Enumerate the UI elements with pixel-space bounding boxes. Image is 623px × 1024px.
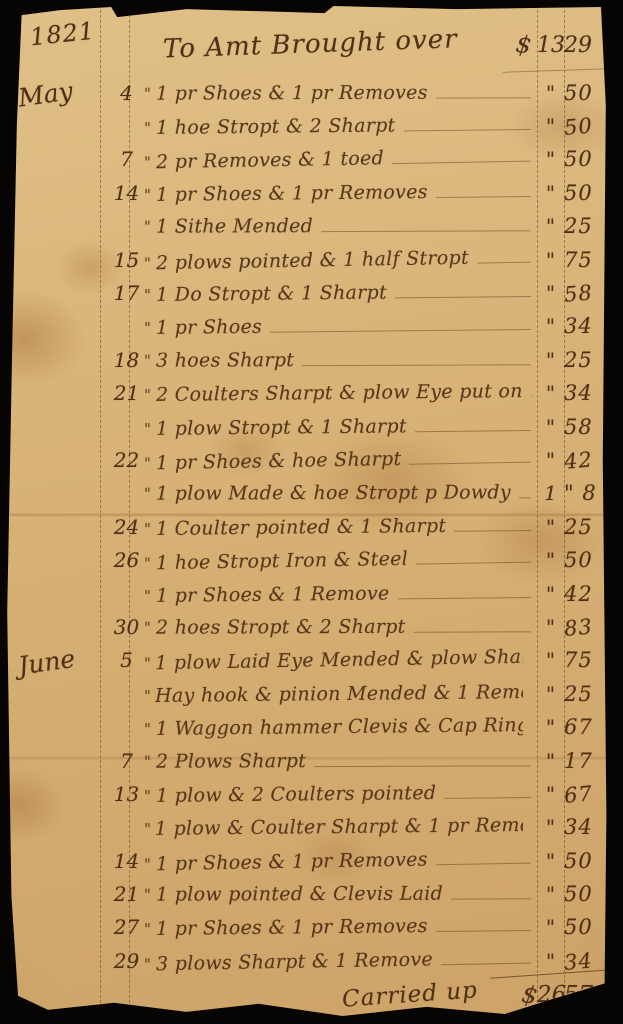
month-label (7, 419, 112, 434)
amount-dollars: " (537, 715, 564, 739)
brought-over-row: To Amt Brought over $ 13 29 (6, 18, 607, 72)
amount-dollars: " (537, 882, 564, 906)
amount-dollars: " (537, 682, 564, 706)
ledger-entry-row: " Hay hook & pinion Mended & 1 Remove " … (6, 677, 607, 710)
brought-over-cents: 29 (564, 33, 607, 58)
amount-dollars: " (537, 448, 564, 472)
ditto-mark: " (141, 254, 156, 272)
amount-dollars: " (537, 147, 564, 171)
fill-dash (441, 961, 531, 965)
entry-description: 3 hoes Sharpt (156, 349, 294, 371)
ledger-entry-row: June 5 " 1 plow Laid Eye Mended & plow S… (6, 644, 607, 677)
entry-description: 3 plows Sharpt & 1 Remove (156, 948, 433, 975)
amount-cents: 34 (564, 381, 607, 405)
day-number: 7 (112, 147, 141, 171)
day-number: 17 (112, 281, 141, 305)
fill-dash (314, 764, 531, 767)
amount-cents: 58 (564, 415, 607, 439)
entry-description: 1 pr Shoes (156, 316, 262, 339)
fill-dash (416, 561, 531, 565)
amount-dollars: " (537, 114, 564, 138)
ledger-entry-row: " 1 plow Stropt & 1 Sharpt " 58 (6, 410, 607, 443)
ledger-entry-row: " 1 Waggon hammer Clevis & Cap Ring " 67 (6, 710, 607, 743)
ledger-entry-row: 17 " 1 Do Stropt & 1 Sharpt " 58 (6, 276, 607, 309)
carried-up-dollars: 26 (537, 982, 564, 1008)
entry-description: 1 hoe Stropt Iron & Steel (156, 548, 408, 574)
ditto-mark: " (141, 787, 156, 805)
ledger-entry-row: 13 " 1 plow & 2 Coulters pointed " 67 (6, 777, 607, 810)
entry-description: 1 plow Laid Eye Mended & plow Sharpt (155, 646, 523, 674)
entry-description: 1 plow Made & hoe Stropt p Dowdy (156, 482, 511, 505)
ditto-mark: " (141, 84, 156, 102)
amount-cents: 50 (564, 81, 607, 105)
amount-cents: 42 (564, 582, 607, 606)
amount-dollars: " (537, 381, 564, 405)
month-label (7, 920, 112, 935)
ledger-page: 1821 To Amt Brought over $ 13 29 May 4 "… (6, 4, 607, 1018)
fill-dash (436, 96, 531, 98)
month-label (7, 119, 112, 134)
ditto-mark: " (141, 720, 156, 738)
month-label (7, 720, 112, 735)
amount-cents: 50 (564, 181, 607, 205)
ditto-mark: " (141, 920, 156, 938)
ditto-mark: " (141, 218, 156, 236)
fill-dash (395, 295, 531, 298)
ledger-photo: 1821 To Amt Brought over $ 13 29 May 4 "… (0, 0, 623, 1024)
month-label: May (4, 71, 113, 114)
amount-cents: 75 (564, 248, 607, 272)
dollar-sign: $ (514, 30, 539, 61)
entry-description: 2 plows pointed & 1 half Stropt (156, 246, 469, 273)
entry-description: 1 pr Shoes & 1 pr Removes (156, 181, 428, 206)
ledger-entry-row: 27 " 1 pr Shoes & 1 pr Removes " 50 (6, 911, 607, 944)
amount-dollars: " (537, 81, 564, 105)
fill-dash (477, 260, 531, 263)
amount-dollars: " (537, 949, 564, 973)
ditto-mark: " (141, 752, 156, 770)
amount-dollars: " (537, 214, 564, 238)
month-label (7, 787, 112, 802)
month-label (7, 219, 112, 234)
entry-description: 2 pr Removes & 1 toed (156, 148, 384, 174)
day-number: 4 (112, 81, 141, 105)
ledger-entry-row: 14 " 1 pr Shoes & 1 pr Removes " 50 (6, 176, 607, 209)
month-label (7, 352, 112, 367)
month-label (7, 386, 112, 401)
day-number: 30 (112, 615, 141, 639)
amount-cents: 25 (564, 682, 607, 706)
ledger-entry-row: " 1 plow & Coulter Sharpt & 1 pr Removes… (6, 811, 607, 844)
month-label (7, 553, 112, 568)
amount-dollars: " (537, 782, 564, 806)
fill-dash (270, 328, 531, 333)
ledger-entry-row: 22 " 1 pr Shoes & hoe Sharpt " 42 (6, 443, 607, 476)
amount-dollars: " (537, 415, 564, 439)
amount-cents: 34 (564, 815, 607, 839)
amount-cents: 50 (563, 112, 608, 140)
fill-dash (302, 363, 531, 366)
amount-dollars: 1 (537, 481, 564, 505)
entry-description: 1 plow & Coulter Sharpt & 1 pr Removes (155, 814, 523, 840)
fill-dash (415, 429, 531, 432)
day-number: 29 (112, 949, 141, 973)
amount-dollars: " (537, 248, 564, 272)
dollar-sign: $ (519, 980, 539, 1010)
ledger-entry-row: 7 " 2 pr Removes & 1 toed " 50 (6, 143, 607, 176)
fill-dash (436, 861, 531, 865)
month-label (7, 686, 112, 701)
entry-description: 2 Coulters Sharpt & plow Eye put on (156, 380, 523, 406)
ditto-mark: " (141, 351, 156, 369)
ditto-mark: " (141, 655, 155, 673)
amount-dollars: " (537, 281, 564, 305)
day-number: 21 (112, 882, 141, 906)
day-number: 27 (112, 915, 141, 939)
month-label (7, 820, 112, 835)
month-label (7, 453, 112, 468)
ledger-entry-row: " 1 pr Shoes " 34 (6, 310, 607, 343)
amount-dollars: " (537, 849, 564, 873)
entry-description: 1 pr Shoes & 1 pr Removes (156, 81, 428, 104)
ledger-rows: May 4 " 1 pr Shoes & 1 pr Removes " 50 "… (6, 76, 607, 978)
ditto-mark: " (141, 820, 155, 838)
ledger-entry-row: 14 " 1 pr Shoes & 1 pr Removes " 50 (6, 844, 607, 877)
day-number: 13 (112, 782, 141, 806)
month-label (7, 319, 112, 334)
brought-over-dollars: 13 (537, 33, 564, 58)
day-number: 18 (112, 348, 141, 372)
ledger-entry-row: 15 " 2 plows pointed & 1 half Stropt " 7… (6, 243, 607, 276)
amount-cents: 50 (564, 849, 607, 873)
amount-cents: 34 (564, 314, 607, 338)
entry-description: 2 Plows Sharpt (156, 750, 306, 773)
ditto-mark: " (141, 154, 156, 172)
fill-dash (444, 796, 531, 799)
day-number: 26 (112, 548, 141, 572)
entry-description: 1 Coulter pointed & 1 Sharpt (156, 515, 447, 540)
entry-description: 1 plow Stropt & 1 Sharpt (156, 415, 407, 440)
ditto-mark: " (141, 319, 156, 337)
amount-dollars: " (537, 582, 564, 606)
entry-description: 1 pr Shoes & hoe Sharpt (156, 448, 402, 474)
month-label (7, 620, 112, 635)
carried-up-label: Carried up (341, 977, 478, 1012)
day-number: 14 (112, 181, 141, 205)
ditto-mark: " (141, 955, 156, 973)
fill-dash (451, 897, 531, 899)
ledger-entry-row: 30 " 2 hoes Stropt & 2 Sharpt " 83 (6, 610, 607, 643)
amount-dollars: " (537, 749, 564, 773)
entry-description: 1 hoe Stropt & 2 Sharpt (156, 114, 396, 139)
month-label (7, 953, 112, 968)
month-label (7, 853, 112, 868)
entry-description: 2 hoes Stropt & 2 Sharpt (156, 616, 406, 639)
entry-description: 1 pr Shoes & 1 pr Removes (156, 848, 428, 875)
ledger-entry-row: " 1 pr Shoes & 1 Remove " 42 (6, 577, 607, 610)
amount-cents: 17 (564, 749, 607, 773)
month-label (7, 519, 112, 534)
amount-dollars: " (537, 615, 564, 639)
day-number: 15 (112, 248, 141, 272)
ditto-mark: " (141, 454, 156, 472)
amount-dollars: " (537, 648, 564, 672)
fill-dash (519, 497, 531, 499)
entry-description: 1 Do Stropt & 1 Sharpt (156, 282, 387, 306)
ledger-entry-row: 24 " 1 Coulter pointed & 1 Sharpt " 25 (6, 510, 607, 543)
day-number: 5 (112, 648, 141, 672)
entry-description: 1 plow & 2 Coulters pointed (156, 782, 437, 807)
ditto-mark: " (141, 520, 156, 538)
month-label (7, 286, 112, 301)
fill-dash (414, 630, 531, 632)
brought-over-title: To Amt Brought over (129, 24, 458, 65)
ledger-entry-row: 21 " 2 Coulters Sharpt & plow Eye put on… (6, 377, 607, 410)
amount-cents: 58 (563, 279, 608, 307)
fill-dash (409, 461, 531, 465)
fill-dash (436, 195, 531, 198)
ledger-entry-row: May 4 " 1 pr Shoes & 1 pr Removes " 50 (6, 76, 607, 109)
ledger-entry-row: 18 " 3 hoes Sharpt " 25 (6, 343, 607, 376)
ditto-mark: " (141, 186, 156, 204)
amount-cents: 83 (563, 613, 608, 641)
entry-description: 1 pr Shoes & 1 Remove (156, 582, 390, 606)
fill-dash (392, 160, 531, 164)
day-number: 7 (112, 749, 141, 773)
ledger-entry-row: 7 " 2 Plows Sharpt " 17 (6, 744, 607, 777)
amount-cents: 50 (564, 915, 607, 939)
month-label (7, 152, 112, 167)
ditto-mark: " (141, 855, 156, 873)
month-label (7, 486, 112, 501)
day-number: 22 (112, 448, 141, 472)
month-label (7, 185, 112, 200)
amount-cents: 50 (564, 147, 607, 171)
amount-dollars: " (537, 314, 564, 338)
month-label (7, 753, 112, 768)
ledger-entry-row: 29 " 3 plows Sharpt & 1 Remove " 34 (6, 944, 607, 977)
ditto-mark: " (141, 420, 156, 438)
ditto-mark: " (141, 687, 155, 705)
amount-cents: 42 (563, 446, 608, 474)
month-label (7, 252, 112, 267)
month-label (7, 586, 112, 601)
amount-dollars: " (537, 515, 564, 539)
amount-cents: 25 (564, 214, 607, 238)
amount-cents: 50 (564, 548, 607, 572)
ditto-mark: " (141, 619, 156, 637)
amount-cents: 67 (563, 780, 608, 808)
amount-dollars: " (537, 915, 564, 939)
carried-up-row: Carried up $ 26 57 (6, 975, 607, 1015)
fill-dash (398, 596, 531, 599)
entry-description: 1 pr Shoes & 1 pr Removes (156, 916, 428, 941)
ditto-mark: " (141, 554, 156, 572)
ledger-entry-row: 26 " 1 hoe Stropt Iron & Steel " 50 (6, 543, 607, 576)
amount-cents: 50 (564, 882, 607, 906)
ditto-mark: " (141, 485, 156, 503)
amount-dollars: " (537, 548, 564, 572)
entry-description: Hay hook & pinion Mended & 1 Remove (155, 681, 523, 707)
fill-dash (321, 230, 531, 233)
month-label: June (4, 639, 113, 682)
ditto-mark: " (141, 286, 156, 304)
amount-dollars: " (537, 815, 564, 839)
ledger-entry-row: 21 " 1 plow pointed & Clevis Laid " 50 (6, 877, 607, 910)
amount-cents: 25 (564, 348, 607, 372)
entry-description: 1 Sithe Mended (156, 215, 313, 238)
ditto-mark: " (141, 586, 156, 604)
ditto-mark: " (141, 886, 156, 904)
amount-cents: 67 (564, 715, 607, 739)
day-number: 14 (112, 849, 141, 873)
ledger-entry-row: " 1 plow Made & hoe Stropt p Dowdy 1 " 8 (6, 477, 607, 510)
fill-dash (436, 929, 531, 932)
amount-cents: " 8 (564, 481, 607, 505)
fill-dash (404, 128, 531, 131)
amount-dollars: " (537, 348, 564, 372)
amount-dollars: " (537, 181, 564, 205)
day-number: 21 (112, 381, 141, 405)
ledger-entry-row: " 1 hoe Stropt & 2 Sharpt " 50 (6, 109, 607, 142)
amount-cents: 25 (564, 515, 607, 539)
amount-cents: 75 (564, 648, 607, 672)
ditto-mark: " (141, 386, 156, 404)
carried-up-cents: 57 (564, 982, 607, 1008)
entry-description: 1 plow pointed & Clevis Laid (156, 883, 443, 906)
ditto-mark: " (141, 119, 156, 137)
month-label (7, 887, 112, 902)
entry-description: 1 Waggon hammer Clevis & Cap Ring (156, 714, 523, 740)
day-number: 24 (112, 515, 141, 539)
ledger-entry-row: " 1 Sithe Mended " 25 (6, 210, 607, 243)
fill-dash (454, 529, 531, 532)
